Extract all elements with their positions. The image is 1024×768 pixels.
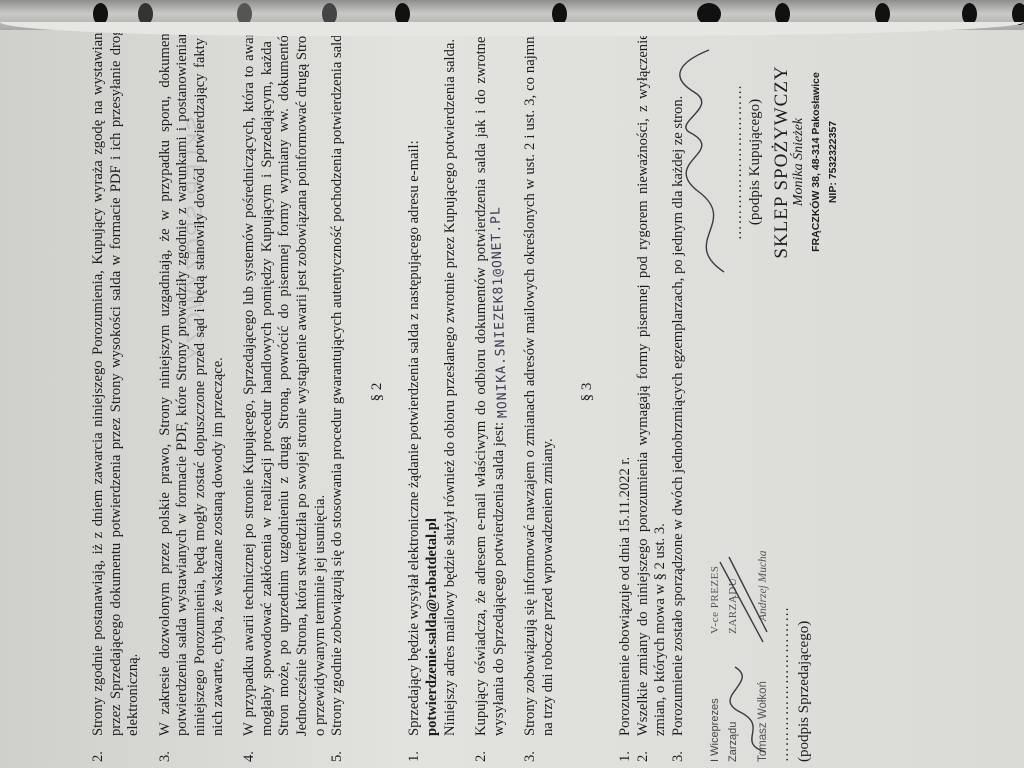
agreement-page: SKLEP SPOŻYWCZY 2. Strony zgodnie postan… [90,22,1020,762]
clause-2-3: 3. Strony zobowiązują się informować naw… [522,22,557,762]
clause-number: 4. [241,736,329,762]
clause-2-2: 2. Kupujący oświadcza, że adresem e-mail… [473,22,508,762]
clause-number: 3. [522,736,557,762]
clause-text: Strony zgodnie zobowiązują się do stosow… [329,22,347,736]
clause-number: 5. [329,736,347,762]
clause-number: 2. [635,736,670,762]
clause-3-1: 1. Porozumienie obowiązuje od dnia 15.11… [617,22,635,762]
seller-email: potwierdzenie.salda@rabatdetal.pl [424,518,440,736]
seller-signature-caption: (podpis Sprzedającego) [796,512,814,762]
clause-text: Kupujący oświadcza, że adresem e-mail wł… [473,22,508,736]
clause-text: Sprzedający będzie wysyłał elektroniczne… [406,22,459,736]
seller-signature-block: I Wiceprezes Zarządu V-ce PREZES ZARZĄDU… [707,512,813,762]
clause-1-5: 5. Strony zgodnie zobowiązują się do sto… [329,22,347,762]
bleed-through-text: SKLEP SPOŻYWCZY [186,116,204,362]
buyer-signature-scribble-icon [669,42,739,282]
clause-text: Strony zgodnie postanawiają, iż z dniem … [90,22,143,736]
signature-area: I Wiceprezes Zarządu V-ce PREZES ZARZĄDU… [699,22,869,762]
clause-text-before: Sprzedający będzie wysyłał elektroniczne… [406,140,422,736]
buyer-signature-caption: (podpis Kupującego) [747,32,765,292]
clause-number: 1. [406,736,459,762]
clause-text: W przypadku awarii technicznej po stroni… [241,22,329,736]
clause-text-after: Niniejszy adres mailowy będzie służył ró… [442,39,458,736]
section-1-list: 2. Strony zgodnie postanawiają, iż z dni… [90,22,347,762]
section-2-list: 1. Sprzedający będzie wysyłał elektronic… [406,22,557,762]
seller-signature-scribble-icon [715,542,775,762]
clause-2-1: 1. Sprzedający będzie wysyłał elektronic… [406,22,459,762]
photo-scene: SKLEP SPOŻYWCZY 2. Strony zgodnie postan… [0,0,1024,768]
clause-text: Porozumienie obowiązuje od dnia 15.11.20… [617,22,635,736]
buyer-stamp-title: SKLEP SPOŻYWCZY [773,32,791,292]
clause-number: 2. [473,736,508,762]
buyer-stamp-name: Monika Śnieżek [790,32,808,292]
clause-1-4: 4. W przypadku awarii technicznej po str… [241,22,329,762]
buyer-stamp-address: FRĄCZKÓW 38, 48-314 Pakosławice [808,32,826,292]
clause-1-2: 2. Strony zgodnie postanawiają, iż z dni… [90,22,143,762]
buyer-email-handwritten: MONIKA.SNIEZEK81@ONET.PL [487,206,512,418]
clause-text: Wszelkie zmiany do niniejszego porozumie… [635,22,670,736]
clause-number: 2. [90,736,143,762]
buyer-stamp-nip: NIP: 7532322357 [825,32,843,292]
clause-number: 3. [670,736,688,762]
clause-number: 1. [617,736,635,762]
section-2-heading: § 2 [369,22,387,762]
clause-text: Strony zobowiązują się informować nawzaj… [522,22,557,736]
buyer-signature-block: ………………………… (podpis Kupującego) SKLEP SPO… [699,32,843,292]
clause-number: 3. [157,736,227,762]
seller-signature-line: ………………………… [776,512,794,762]
clause-3-2: 2. Wszelkie zmiany do niniejszego porozu… [635,22,670,762]
section-3-heading: § 3 [579,22,597,762]
